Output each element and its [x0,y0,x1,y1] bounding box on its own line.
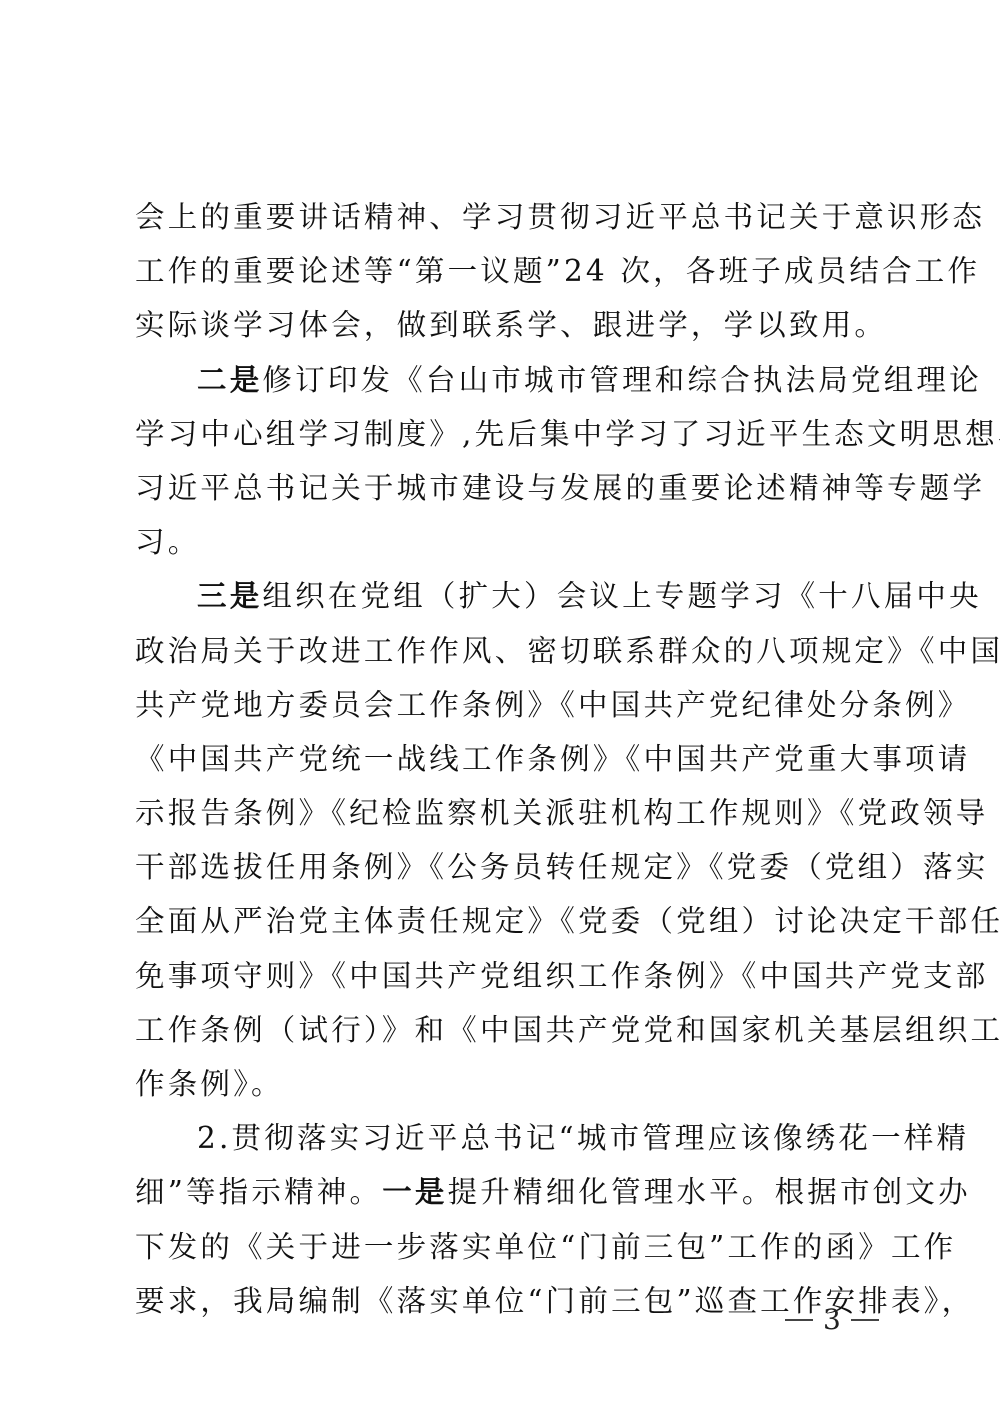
text-line: 《中国共产党统一战线工作条例》《中国共产党重大事项请 [135,732,880,786]
text-line: 工作条例（试行）》和《中国共产党党和国家机关基层组织工 [135,1003,880,1057]
text-span: 修订印发《台山市城市管理和综合执法局党组理论 [262,363,981,397]
text-line: 示报告条例》《纪检监察机关派驻机构工作规则》《党政领导 [135,786,880,840]
body-text: 会上的重要讲话精神、学习贯彻习近平总书记关于意识形态 工作的重要论述等“第一议题… [135,190,880,1328]
bold-lead: 三是 [197,579,262,613]
text-span: 组织在党组（扩大）会议上专题学习《十八届中央 [262,579,981,613]
text-line: 免事项守则》《中国共产党组织工作条例》《中国共产党支部 [135,949,880,1003]
paragraph-start-line: 2.贯彻落实习近平总书记“城市管理应该像绣花一样精 [135,1111,880,1165]
dash-right [851,1319,879,1321]
page-number: 3 [785,1303,879,1336]
text-span: 细”等指示精神。 [135,1175,382,1209]
text-line: 要求，我局编制《落实单位“门前三包”巡查工作安排表》， [135,1274,880,1328]
text-line: 政治局关于改进工作作风、密切联系群众的八项规定》《中国 [135,624,880,678]
text-line: 学习中心组学习制度》,先后集中学习了习近平生态文明思想、 [135,407,880,461]
page-number-value: 3 [823,1303,841,1336]
text-line: 会上的重要讲话精神、学习贯彻习近平总书记关于意识形态 [135,190,880,244]
text-line: 工作的重要论述等“第一议题”24 次，各班子成员结合工作 [135,244,880,298]
text-line: 作条例》。 [135,1057,880,1111]
text-line: 全面从严治党主体责任规定》《党委（党组）讨论决定干部任 [135,894,880,948]
text-line: 习。 [135,515,880,569]
bold-lead: 一是 [382,1175,447,1209]
paragraph-start-line: 二是修订印发《台山市城市管理和综合执法局党组理论 [135,353,880,407]
bold-lead: 二是 [197,363,262,397]
paragraph-start-line: 三是组织在党组（扩大）会议上专题学习《十八届中央 [135,569,880,623]
text-line: 干部选拔任用条例》《公务员转任规定》《党委（党组）落实 [135,840,880,894]
text-line: 习近平总书记关于城市建设与发展的重要论述精神等专题学 [135,461,880,515]
text-line: 细”等指示精神。一是提升精细化管理水平。根据市创文办 [135,1165,880,1219]
text-span: 提升精细化管理水平。根据市创文办 [448,1175,971,1209]
text-line: 下发的《关于进一步落实单位“门前三包”工作的函》工作 [135,1220,880,1274]
text-line: 实际谈学习体会，做到联系学、跟进学，学以致用。 [135,298,880,352]
text-line: 共产党地方委员会工作条例》《中国共产党纪律处分条例》 [135,678,880,732]
dash-left [785,1319,813,1321]
document-page: 会上的重要讲话精神、学习贯彻习近平总书记关于意识形态 工作的重要论述等“第一议题… [0,0,1000,1414]
